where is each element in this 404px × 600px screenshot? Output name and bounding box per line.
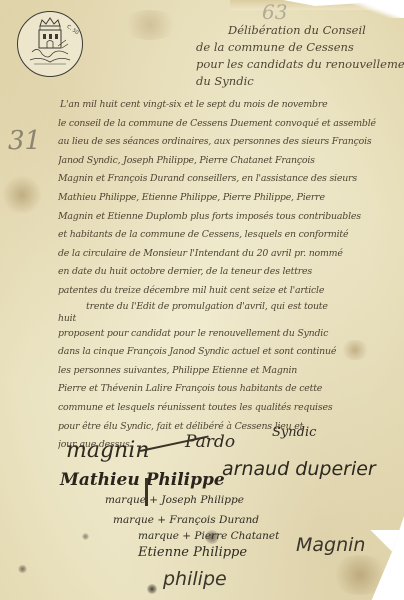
signature-arnaud-duperier: arnaud duperier bbox=[222, 458, 376, 480]
document-heading: Délibération du Conseil de la commune de… bbox=[196, 22, 396, 90]
embossed-seal: C. 50 bbox=[17, 11, 83, 77]
deliberation-body: L'an mil huit cent vingt-six et le sept … bbox=[58, 96, 400, 455]
heading-line: du Syndic bbox=[196, 73, 396, 90]
body-line: Mathieu Philippe, Etienne Philippe, Pier… bbox=[58, 189, 400, 208]
body-line: huit bbox=[58, 313, 400, 325]
body-line: en date du huit octobre dernier, de la t… bbox=[58, 263, 400, 282]
folio-number: 63 bbox=[262, 0, 287, 24]
signature-syndic: Syndic bbox=[272, 425, 316, 440]
signature-mark-francois-durand: marque + François Durand bbox=[113, 514, 259, 526]
body-line: trente du l'Edit de promulgation d'avril… bbox=[58, 301, 400, 313]
coat-of-arms-icon bbox=[18, 12, 82, 76]
signature-magnin: magnin bbox=[66, 438, 149, 463]
body-line: L'an mil huit cent vingt-six et le sept … bbox=[58, 96, 400, 115]
body-line: le conseil de la commune de Cessens Duem… bbox=[58, 115, 400, 134]
body-line: commune et lesquels réunissent toutes le… bbox=[58, 399, 400, 418]
signature-mark-joseph-philippe: marque + Joseph Philippe bbox=[105, 494, 244, 506]
signature-flourish bbox=[145, 478, 148, 506]
body-line: Janod Syndic, Joseph Philippe, Pierre Ch… bbox=[58, 152, 400, 171]
torn-corner-bottom bbox=[364, 530, 404, 600]
ink-blot bbox=[82, 533, 89, 540]
signature-pardo: Pardo bbox=[185, 432, 235, 452]
signature-magnin-2: Magnin bbox=[296, 534, 365, 556]
signature-etienne-philippe: Etienne Philippe bbox=[138, 545, 247, 560]
body-line: proposent pour candidat pour le renouvel… bbox=[58, 325, 400, 344]
ink-blot bbox=[18, 565, 27, 573]
body-line: Magnin et François Durand conseillers, e… bbox=[58, 170, 400, 189]
heading-line: Délibération du Conseil bbox=[196, 22, 396, 39]
stain bbox=[2, 175, 42, 215]
heading-line: pour les candidats du renouvellement bbox=[196, 56, 396, 73]
signature-mark-pierre-chatanet: marque + Pierre Chatanet bbox=[138, 530, 279, 542]
body-line: de la circulaire de Monsieur l'Intendant… bbox=[58, 245, 400, 264]
body-line: patentes du treize décembre mil huit cen… bbox=[58, 282, 400, 301]
body-line: et habitants de la commune de Cessens, l… bbox=[58, 226, 400, 245]
signature-mathieu-philippe: Mathieu Philippe bbox=[60, 470, 225, 490]
body-line: Magnin et Etienne Duplomb plus forts imp… bbox=[58, 208, 400, 227]
stain bbox=[120, 10, 180, 40]
signature-philipe: philipe bbox=[163, 568, 227, 590]
body-line: Pierre et Thévenin Lalire François tous … bbox=[58, 380, 400, 399]
margin-number: 31 bbox=[8, 126, 41, 156]
torn-corner bbox=[344, 0, 404, 18]
body-line: dans la cinque François Janod Syndic act… bbox=[58, 343, 400, 362]
body-line: au lieu de ses séances ordinaires, aux p… bbox=[58, 133, 400, 152]
heading-line: de la commune de Cessens bbox=[196, 39, 396, 56]
manuscript-page: C. 50 63 31 Délibération du Conseil de l… bbox=[0, 0, 404, 600]
body-line: les personnes suivantes, Philippe Etienn… bbox=[58, 362, 400, 381]
ink-blot bbox=[147, 584, 157, 594]
